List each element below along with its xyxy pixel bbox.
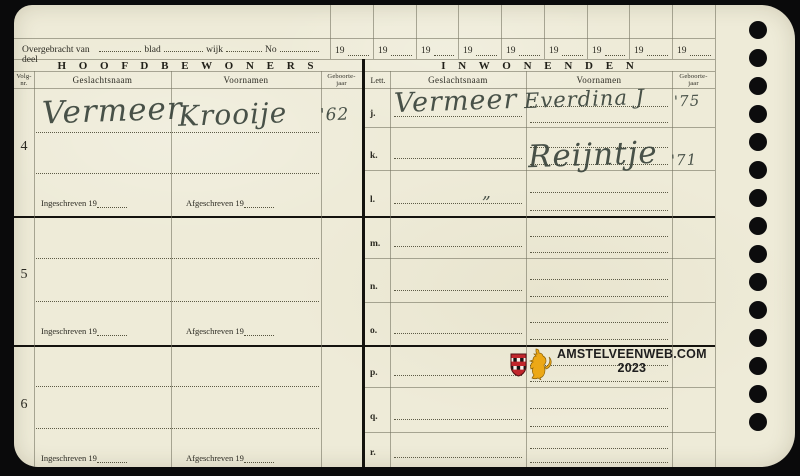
ingeschreven-text: Ingeschreven 19 <box>41 326 97 336</box>
lodger-letter: k. <box>370 151 378 161</box>
lodger-letter: m. <box>370 239 380 249</box>
column-header-geboortejaar-line1: Geboorte- <box>321 73 362 80</box>
row-number: 4 <box>14 139 34 155</box>
dotted-writing-line <box>36 386 319 387</box>
row-number: 6 <box>14 397 34 413</box>
dotted-writing-line <box>530 122 668 123</box>
afgeschreven-label: Afgeschreven 19 <box>186 198 274 208</box>
afgeschreven-text: Afgeschreven 19 <box>186 453 244 463</box>
dotted-blank <box>647 45 669 56</box>
binder-hole <box>749 385 767 403</box>
divider-line <box>171 71 172 467</box>
dotted-blank <box>99 41 142 52</box>
watermark-site: AMSTELVEENWEB.COM <box>557 348 707 362</box>
dotted-writing-line <box>36 301 319 302</box>
dotted-writing-line <box>36 173 319 174</box>
column-header-volgnr-line2: nr. <box>14 80 34 87</box>
lodger-letter: n. <box>370 282 378 292</box>
dotted-writing-line <box>530 210 668 211</box>
watermark-year: 2023 <box>557 362 707 376</box>
dotted-writing-line <box>530 192 668 193</box>
lodger-letter: j. <box>370 109 376 119</box>
handwriting-voornamen: Everdina J <box>524 85 646 113</box>
lion-icon <box>529 348 553 385</box>
section-divider-line <box>362 59 365 467</box>
binder-hole <box>749 21 767 39</box>
dotted-writing-line <box>530 236 668 237</box>
divider-line <box>365 432 715 433</box>
dotted-blank <box>605 45 626 56</box>
column-header-lett: Lett. <box>366 76 390 85</box>
year-cell: 19 <box>672 38 715 59</box>
year-cell: 19 <box>458 38 501 59</box>
handwriting-geslachtsnaam: Vermeer <box>41 91 183 132</box>
binder-hole <box>749 77 767 95</box>
dotted-blank <box>476 45 498 56</box>
year-cell-label: 19 <box>463 46 473 56</box>
dotted-blank <box>97 198 127 208</box>
dotted-blank <box>97 453 127 463</box>
handwriting-geboortejaar: '62 <box>320 104 350 125</box>
afgeschreven-label: Afgeschreven 19 <box>186 326 274 336</box>
transfer-wijk-label: wijk <box>206 45 223 55</box>
binder-hole <box>749 245 767 263</box>
dotted-blank <box>391 45 413 56</box>
dotted-blank <box>280 41 319 52</box>
divider-line <box>365 387 715 388</box>
binder-hole <box>749 413 767 431</box>
year-cell-label: 19 <box>506 46 516 56</box>
dotted-writing-line <box>530 408 668 409</box>
column-header-voornamen: Voornamen <box>171 75 321 85</box>
column-header-geboortejaar-line1: Geboorte- <box>672 73 715 80</box>
dotted-writing-line <box>394 375 522 376</box>
dotted-writing-line <box>530 426 668 427</box>
year-cell: 19 <box>501 38 544 59</box>
dotted-blank <box>226 41 262 52</box>
binder-hole <box>749 329 767 347</box>
afgeschreven-label: Afgeschreven 19 <box>186 453 274 463</box>
afgeschreven-text: Afgeschreven 19 <box>186 198 244 208</box>
binder-hole <box>749 357 767 375</box>
divider-line <box>365 302 715 303</box>
year-cell-label: 19 <box>592 46 602 56</box>
divider-line <box>321 71 322 467</box>
dotted-blank <box>164 41 203 52</box>
dotted-writing-line <box>530 322 668 323</box>
table-right-border <box>715 5 716 467</box>
handwriting-ditto-mark: „ <box>482 183 493 203</box>
lodger-letter: q. <box>370 412 378 422</box>
dotted-blank <box>244 453 274 463</box>
column-header-volgnr: Volg- nr. <box>14 73 34 88</box>
watermark: AMSTELVEENWEB.COM 2023 <box>510 348 707 385</box>
binder-hole <box>749 161 767 179</box>
lodger-letter: p. <box>370 368 378 378</box>
dotted-writing-line <box>394 290 522 291</box>
year-cell-label: 19 <box>421 46 431 56</box>
handwriting-voornamen: Krooije <box>177 96 287 133</box>
divider-line <box>672 71 673 467</box>
dotted-blank <box>562 45 584 56</box>
divider-line <box>34 71 35 467</box>
handwriting-geboortejaar: '71 <box>671 151 698 170</box>
watermark-text: AMSTELVEENWEB.COM 2023 <box>557 348 707 376</box>
ingeschreven-label: Ingeschreven 19 <box>41 326 127 336</box>
section-title-inwonenden: I N W O N E N D E N <box>365 60 715 72</box>
dotted-writing-line <box>530 296 668 297</box>
dotted-blank <box>97 326 127 336</box>
year-cell: 19 <box>587 38 629 59</box>
afgeschreven-text: Afgeschreven 19 <box>186 326 244 336</box>
year-cell: 19 <box>373 38 416 59</box>
dotted-writing-line <box>394 457 522 458</box>
transfer-blad-label: blad <box>144 45 160 55</box>
dotted-blank <box>244 326 274 336</box>
dotted-writing-line <box>530 279 668 280</box>
lodger-letter: o. <box>370 326 377 336</box>
column-header-geboortejaar: Geboorte- jaar <box>321 73 362 88</box>
year-cell-label: 19 <box>335 46 345 56</box>
year-cell: 19 <box>544 38 587 59</box>
column-header-geboortejaar-line2: jaar <box>672 80 715 87</box>
year-cell-label: 19 <box>677 46 687 56</box>
handwriting-geslachtsnaam: Vermeer <box>393 84 517 119</box>
dotted-blank <box>690 45 712 56</box>
lodger-letter: l. <box>370 195 375 205</box>
register-card: Overgebracht van deel blad wijk No 19 19… <box>14 5 795 467</box>
dotted-blank <box>519 45 541 56</box>
divider-line <box>365 258 715 259</box>
photo-background: Overgebracht van deel blad wijk No 19 19… <box>0 0 800 476</box>
transfer-no-label: No <box>265 45 277 55</box>
ingeschreven-label: Ingeschreven 19 <box>41 453 127 463</box>
binder-hole <box>749 217 767 235</box>
ingeschreven-label: Ingeschreven 19 <box>41 198 127 208</box>
column-header-volgnr-line1: Volg- <box>14 73 34 80</box>
column-header-geslachtsnaam: Geslachtsnaam <box>34 75 171 85</box>
dotted-writing-line <box>36 258 319 259</box>
divider-line <box>526 71 527 467</box>
handwriting-voornamen: Reijntje <box>527 135 658 176</box>
binder-hole <box>749 105 767 123</box>
binder-hole <box>749 189 767 207</box>
dotted-writing-line <box>394 419 522 420</box>
divider-line <box>365 127 715 128</box>
divider-line <box>390 71 391 467</box>
year-cell-label: 19 <box>549 46 559 56</box>
dotted-writing-line <box>36 132 319 133</box>
binder-hole <box>749 301 767 319</box>
section-title-hoofdbewoners: H O O F D B E W O N E R S <box>14 60 362 72</box>
lodger-letter: r. <box>370 448 376 458</box>
dotted-writing-line <box>394 203 522 204</box>
column-header-voornamen: Voornamen <box>526 75 672 85</box>
amstelveen-shield-icon <box>510 353 527 382</box>
year-cell-label: 19 <box>634 46 644 56</box>
dotted-writing-line <box>530 448 668 449</box>
dotted-writing-line <box>36 428 319 429</box>
year-cell: 19 <box>416 38 458 59</box>
column-header-geboortejaar-line2: jaar <box>321 80 362 87</box>
binder-hole <box>749 133 767 151</box>
binder-hole <box>749 273 767 291</box>
year-cell: 19 <box>330 38 373 59</box>
row-number: 5 <box>14 267 34 283</box>
dotted-writing-line <box>530 339 668 340</box>
dotted-blank <box>244 198 274 208</box>
dotted-writing-line <box>530 252 668 253</box>
dotted-writing-line <box>394 333 522 334</box>
year-cell: 19 <box>629 38 672 59</box>
binder-hole <box>749 49 767 67</box>
ingeschreven-text: Ingeschreven 19 <box>41 453 97 463</box>
column-header-geboortejaar: Geboorte- jaar <box>672 73 715 88</box>
dotted-blank <box>434 45 455 56</box>
ingeschreven-text: Ingeschreven 19 <box>41 198 97 208</box>
dotted-writing-line <box>394 246 522 247</box>
dotted-writing-line <box>530 462 668 463</box>
year-cell-label: 19 <box>378 46 388 56</box>
dotted-writing-line <box>394 158 522 159</box>
handwriting-geboortejaar: '75 <box>674 92 701 111</box>
dotted-blank <box>348 45 370 56</box>
